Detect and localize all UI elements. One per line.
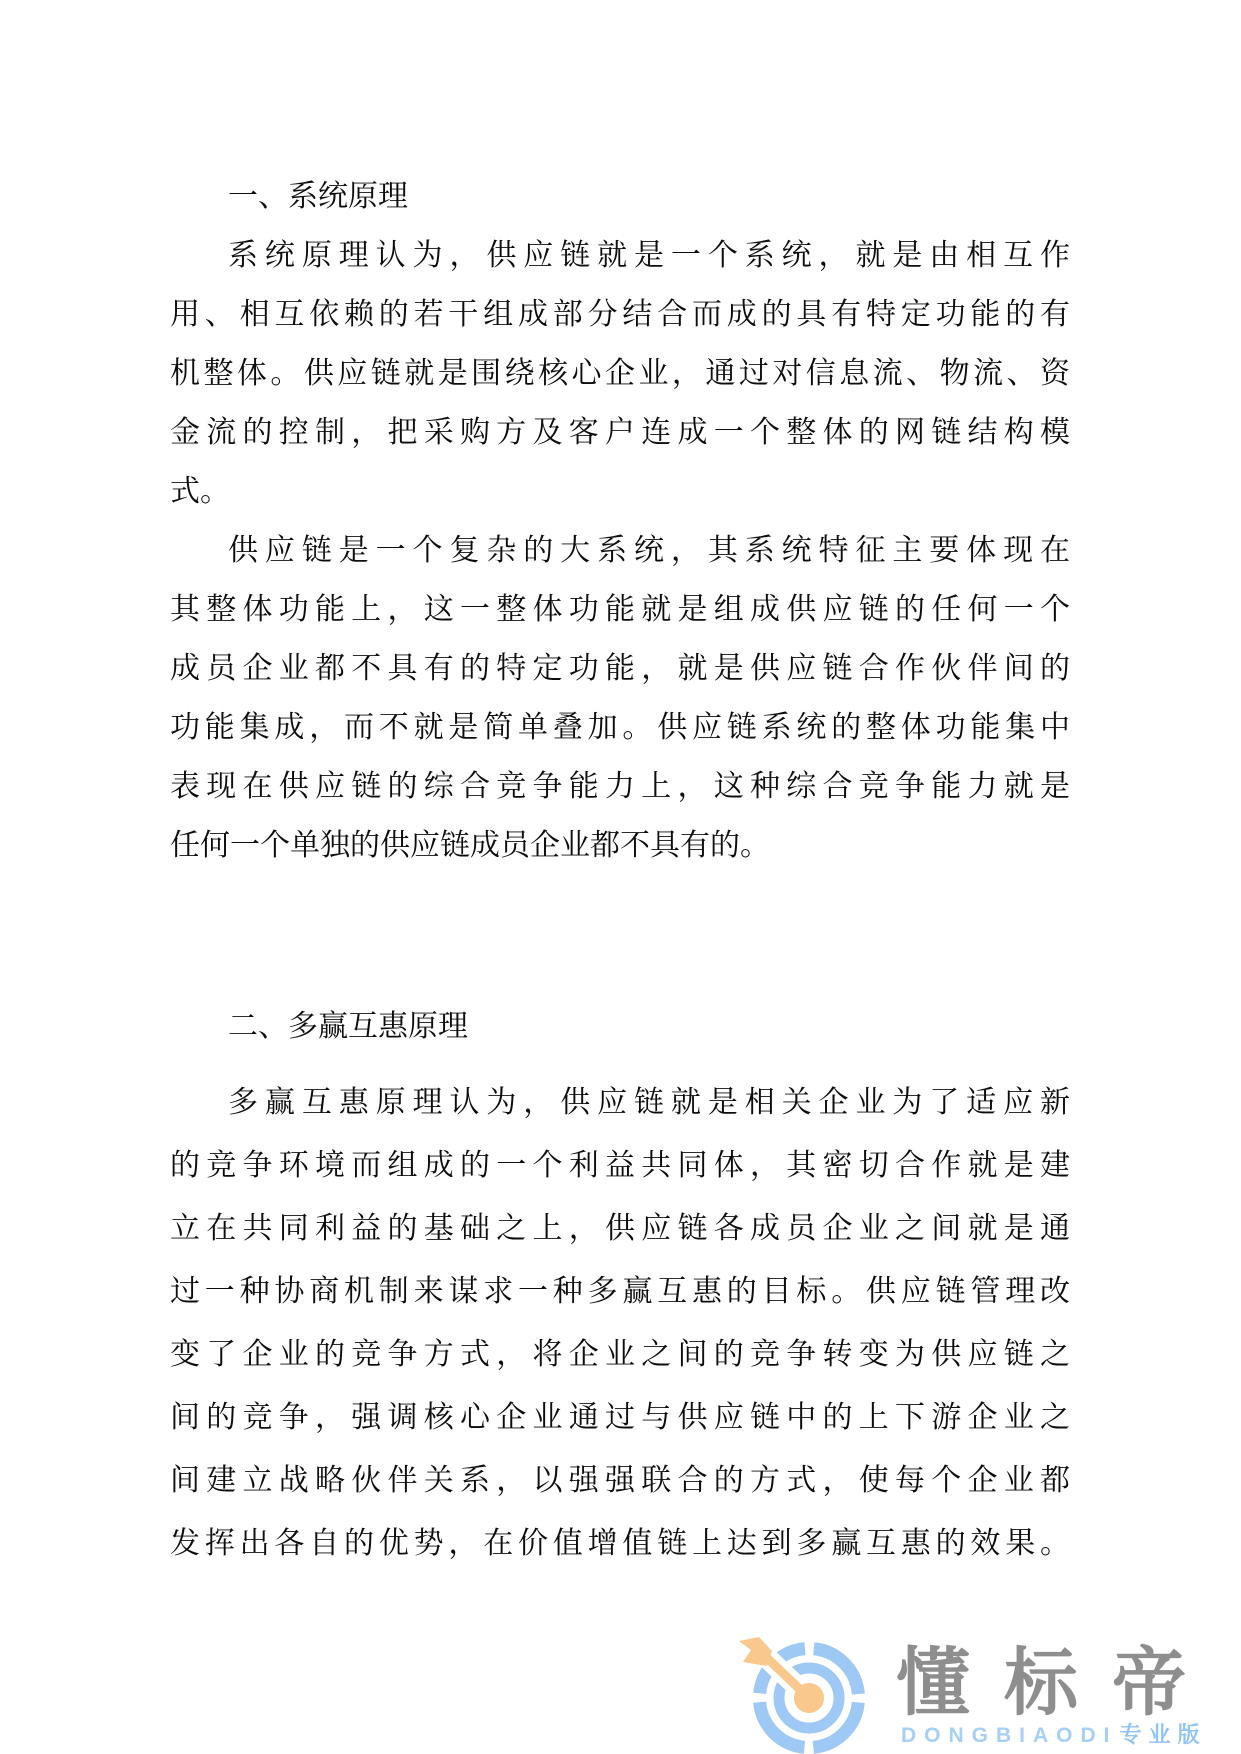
dongbiaodi-target-dart-icon	[735, 1634, 867, 1754]
document-page: 一、系统原理 系统原理认为，供应链就是一个系统，就是由相互作 用、相互依赖的若干…	[0, 0, 1241, 1754]
text-line: 金流的控制，把采购方及客户连成一个整体的网链结构模	[170, 403, 1070, 462]
text-line: 间的竞争，强调核心企业通过与供应链中的上下游企业之	[170, 1386, 1070, 1449]
text-line: 任何一个单独的供应链成员企业都不具有的。	[170, 816, 1070, 875]
text-line: 用、相互依赖的若干组成部分结合而成的具有特定功能的有	[170, 285, 1070, 344]
text-line: 变了企业的竞争方式，将企业之间的竞争转变为供应链之	[170, 1323, 1070, 1386]
text-line: 机整体。供应链就是围绕核心企业，通过对信息流、物流、资	[170, 344, 1070, 403]
text-line: 发挥出各自的优势，在价值增值链上达到多赢互惠的效果。	[170, 1512, 1070, 1575]
watermark-brand-text: 懂标帝	[896, 1646, 1220, 1720]
section-system-principle: 一、系统原理 系统原理认为，供应链就是一个系统，就是由相互作 用、相互依赖的若干…	[170, 167, 1070, 875]
text-line: 的竞争环境而组成的一个利益共同体，其密切合作就是建	[170, 1134, 1070, 1197]
text-line: 其整体功能上，这一整体功能就是组成供应链的任何一个	[170, 580, 1070, 639]
text-line: 式。	[170, 462, 1070, 521]
text-line: 供应链是一个复杂的大系统，其系统特征主要体现在	[170, 521, 1070, 580]
text-line: 表现在供应链的综合竞争能力上，这种综合竞争能力就是	[170, 757, 1070, 816]
text-line: 过一种协商机制来谋求一种多赢互惠的目标。供应链管理改	[170, 1260, 1070, 1323]
text-line: 多赢互惠原理认为，供应链就是相关企业为了适应新	[170, 1071, 1070, 1134]
text-line: 间建立战略伙伴关系，以强强联合的方式，使每个企业都	[170, 1449, 1070, 1512]
section-heading: 一、系统原理	[170, 167, 1070, 226]
text-line: 系统原理认为，供应链就是一个系统，就是由相互作	[170, 226, 1070, 285]
text-line: 功能集成，而不就是简单叠加。供应链系统的整体功能集中	[170, 698, 1070, 757]
text-line: 立在共同利益的基础之上，供应链各成员企业之间就是通	[170, 1197, 1070, 1260]
watermark-latin-text: DONGBIAODI	[901, 1724, 1118, 1747]
text-line: 成员企业都不具有的特定功能，就是供应链合作伙伴间的	[170, 639, 1070, 698]
watermark-edition-text: 专业版	[1120, 1722, 1207, 1747]
section-multiwin-principle: 二、多赢互惠原理 多赢互惠原理认为，供应链就是相关企业为了适应新 的竞争环境而组…	[170, 997, 1070, 1575]
watermark-subtitle: DONGBIAODI专业版	[901, 1724, 1207, 1746]
section-heading: 二、多赢互惠原理	[170, 997, 1070, 1056]
document-body: 一、系统原理 系统原理认为，供应链就是一个系统，就是由相互作 用、相互依赖的若干…	[170, 167, 1070, 1575]
